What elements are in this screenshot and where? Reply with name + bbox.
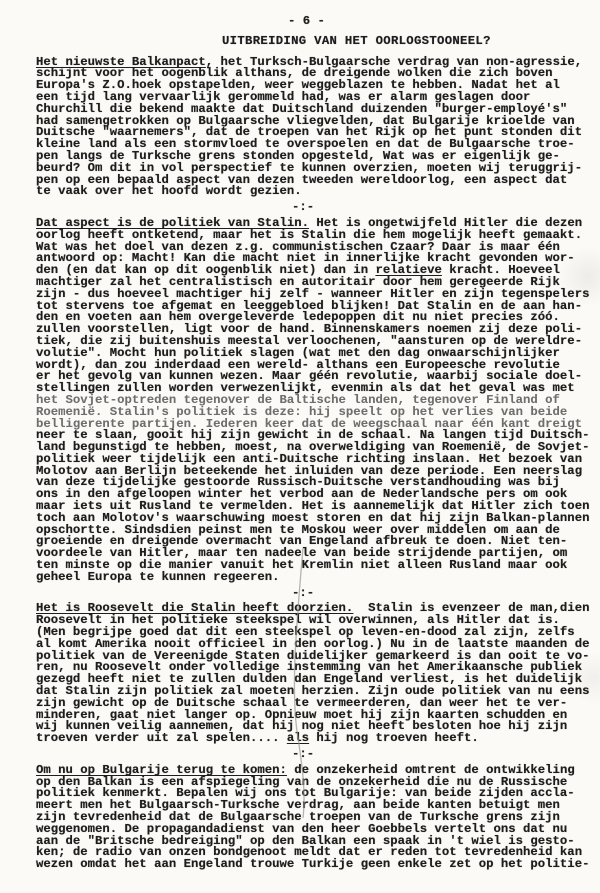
paragraph: Het nieuwste Balkanpact, het Turksch-Bul…	[36, 57, 600, 199]
text-line: troeven verder uit zal spelen.... als hi…	[36, 733, 600, 745]
section-separator: -:-	[36, 202, 600, 214]
text-line: te vaak over het hoofd wordt gezien.	[36, 186, 600, 198]
paragraph: Om nu op Bulgarije terug te komen: de on…	[36, 765, 600, 871]
text-segment: te vaak over het hoofd wordt gezien.	[36, 184, 302, 198]
paragraph: Het is Roosevelt die Stalin heeft doorzi…	[36, 603, 600, 745]
section-separator: -:-	[36, 588, 600, 600]
document-body: Het nieuwste Balkanpact, het Turksch-Bul…	[36, 57, 600, 871]
text-segment: geheel Europa te kunnen regeeren.	[36, 570, 280, 584]
document-page: - 6 - UITBREIDING VAN HET OORLOGSTOONEEL…	[0, 0, 600, 893]
page-title: UITBREIDING VAN HET OORLOGSTOONEEL?	[36, 36, 600, 48]
text-segment: hij nog troeven heeft.	[309, 731, 479, 745]
underlined-text-segment: als	[287, 731, 309, 745]
text-line: wezen omdat het aan Engeland trouwe Turk…	[36, 859, 600, 871]
text-segment: troeven verder uit zal spelen....	[36, 731, 287, 745]
paragraph: Dat aspect is de politiek van Stalin. He…	[36, 218, 600, 584]
page-number: - 6 -	[36, 16, 600, 28]
section-separator: -:-	[36, 749, 600, 761]
text-line: geheel Europa te kunnen regeeren.	[36, 572, 600, 584]
text-segment: wezen omdat het aan Engeland trouwe Turk…	[36, 857, 589, 871]
